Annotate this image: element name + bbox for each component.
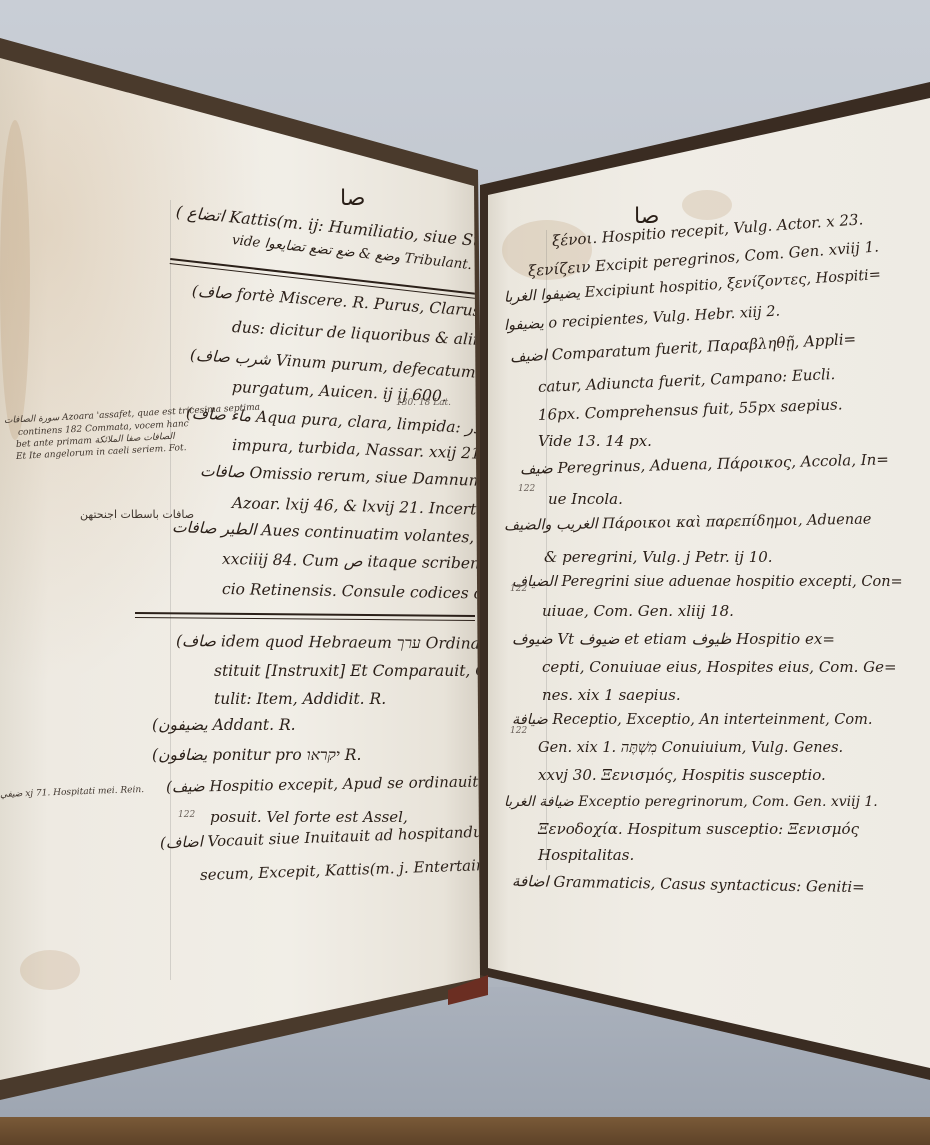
pencil-note: 122	[510, 726, 527, 736]
entry-line: ضيف Peregrinus, Aduena, Πάροικος, Accola…	[520, 450, 889, 478]
entry-line: ضيافة الغربا Exceptio peregrinorum, Com.…	[504, 794, 878, 810]
entry-line: ضيافة Receptio, Exceptio, An interteinme…	[512, 712, 873, 728]
entry-line: (ضيف Hospitio excepit, Apud se ordinauit…	[166, 772, 482, 796]
entry-line: catur, Adiuncta fuerit, Campano: Eucli.	[538, 365, 836, 396]
wooden-table-edge	[0, 1117, 930, 1145]
entry-line: الضياف Peregrini siue aduenae hospitio e…	[512, 574, 903, 590]
entry-line: ue Incola.	[548, 490, 623, 508]
entry-line: ضيوف Vt ضيوف et etiam ظيوف Hospitio ex=	[512, 630, 835, 648]
entry-line: Ξενοδοχία. Hospitum susceptio: Ξενισμός	[538, 820, 859, 838]
pencil-note: 122	[518, 484, 535, 494]
entry-line: الغريب والضيف Πάροικοι καὶ παρεπίδημοι, …	[504, 512, 872, 534]
entry-line: impura, turbida, Nassar. xxij 21.	[232, 436, 482, 463]
entry-line: Azoar. lxij 46, & lxvij 21. Incertus har…	[232, 494, 482, 520]
entry-line: secum, Excepit, Kattis(m. j. Entertained…	[200, 855, 482, 884]
entry-line: cio Retinensis. Consule codices correcti…	[222, 580, 482, 604]
marginal-note: صافات باسطات اجنحتهن	[80, 508, 194, 521]
entry-line: nes. xix 1 saepius.	[542, 686, 681, 704]
left-page: صا ( اتضاع Kattis(m. ij: Humiliatio, siu…	[0, 0, 482, 1145]
entry-line: اضيف Comparatum fuerit, Παραβληθῇ, Appli…	[510, 330, 857, 366]
entry-line: (يضيفون Addant. R.	[152, 716, 296, 734]
page-header: صا	[340, 186, 365, 211]
entry-line: stituit [Instruxit] Et Comparauit, Con=	[214, 662, 482, 680]
entry-line: xxciiij 84. Cum ص itaque scribendum iudi…	[222, 550, 482, 574]
entry-line: & peregrini, Vulg. j Petr. ij 10.	[544, 548, 773, 566]
entry-line: Vide 13. 14 px.	[538, 432, 652, 450]
entry-line: xxvj 30. Ξενισμός, Hospitis susceptio.	[538, 766, 826, 784]
entry-line: uiuae, Com. Gen. xliij 18.	[542, 602, 734, 620]
entry-line: (يضافون ponitur pro יקראו R.	[152, 746, 361, 765]
entry-line: الطير صافات Aues continuatim volantes, I…	[172, 518, 482, 549]
pencil-note: 130. 18 Lat.	[396, 398, 451, 408]
section-divider	[135, 612, 475, 621]
marginal-note: ضيفي xj 71. Hospitati mei. Rein.	[0, 785, 144, 800]
entry-line: اضافة Grammaticis, Casus syntacticus: Ge…	[512, 872, 865, 896]
entry-line: cepti, Conuiuae eius, Hospites eius, Com…	[542, 658, 897, 676]
entry-line: Hospitalitas.	[538, 846, 634, 864]
pencil-note: 122	[178, 810, 195, 820]
entry-line: posuit. Vel forte est Assel,	[210, 808, 408, 826]
entry-line: صافات Omissio rerum, siue Damnum, Interp…	[200, 462, 482, 492]
entry-line: tulit: Item, Addidit. R.	[214, 690, 386, 708]
pencil-note: 122	[510, 584, 527, 594]
entry-line: (اضاف Vocauit siue Inuitauit ad hospitan…	[160, 822, 482, 852]
entry-line: dus: dicitur de liquoribus & aliis	[232, 318, 482, 349]
entry-line: Gen. xix 1. מִשְׁתֶּה Conuiuium, Vulg. G…	[538, 740, 843, 757]
entry-line: (صاف idem quod Hebraeum ערך Ordinauit, I…	[176, 632, 482, 654]
entry-line: 16px. Comprehensus fuit, 55px saepius.	[538, 395, 843, 424]
